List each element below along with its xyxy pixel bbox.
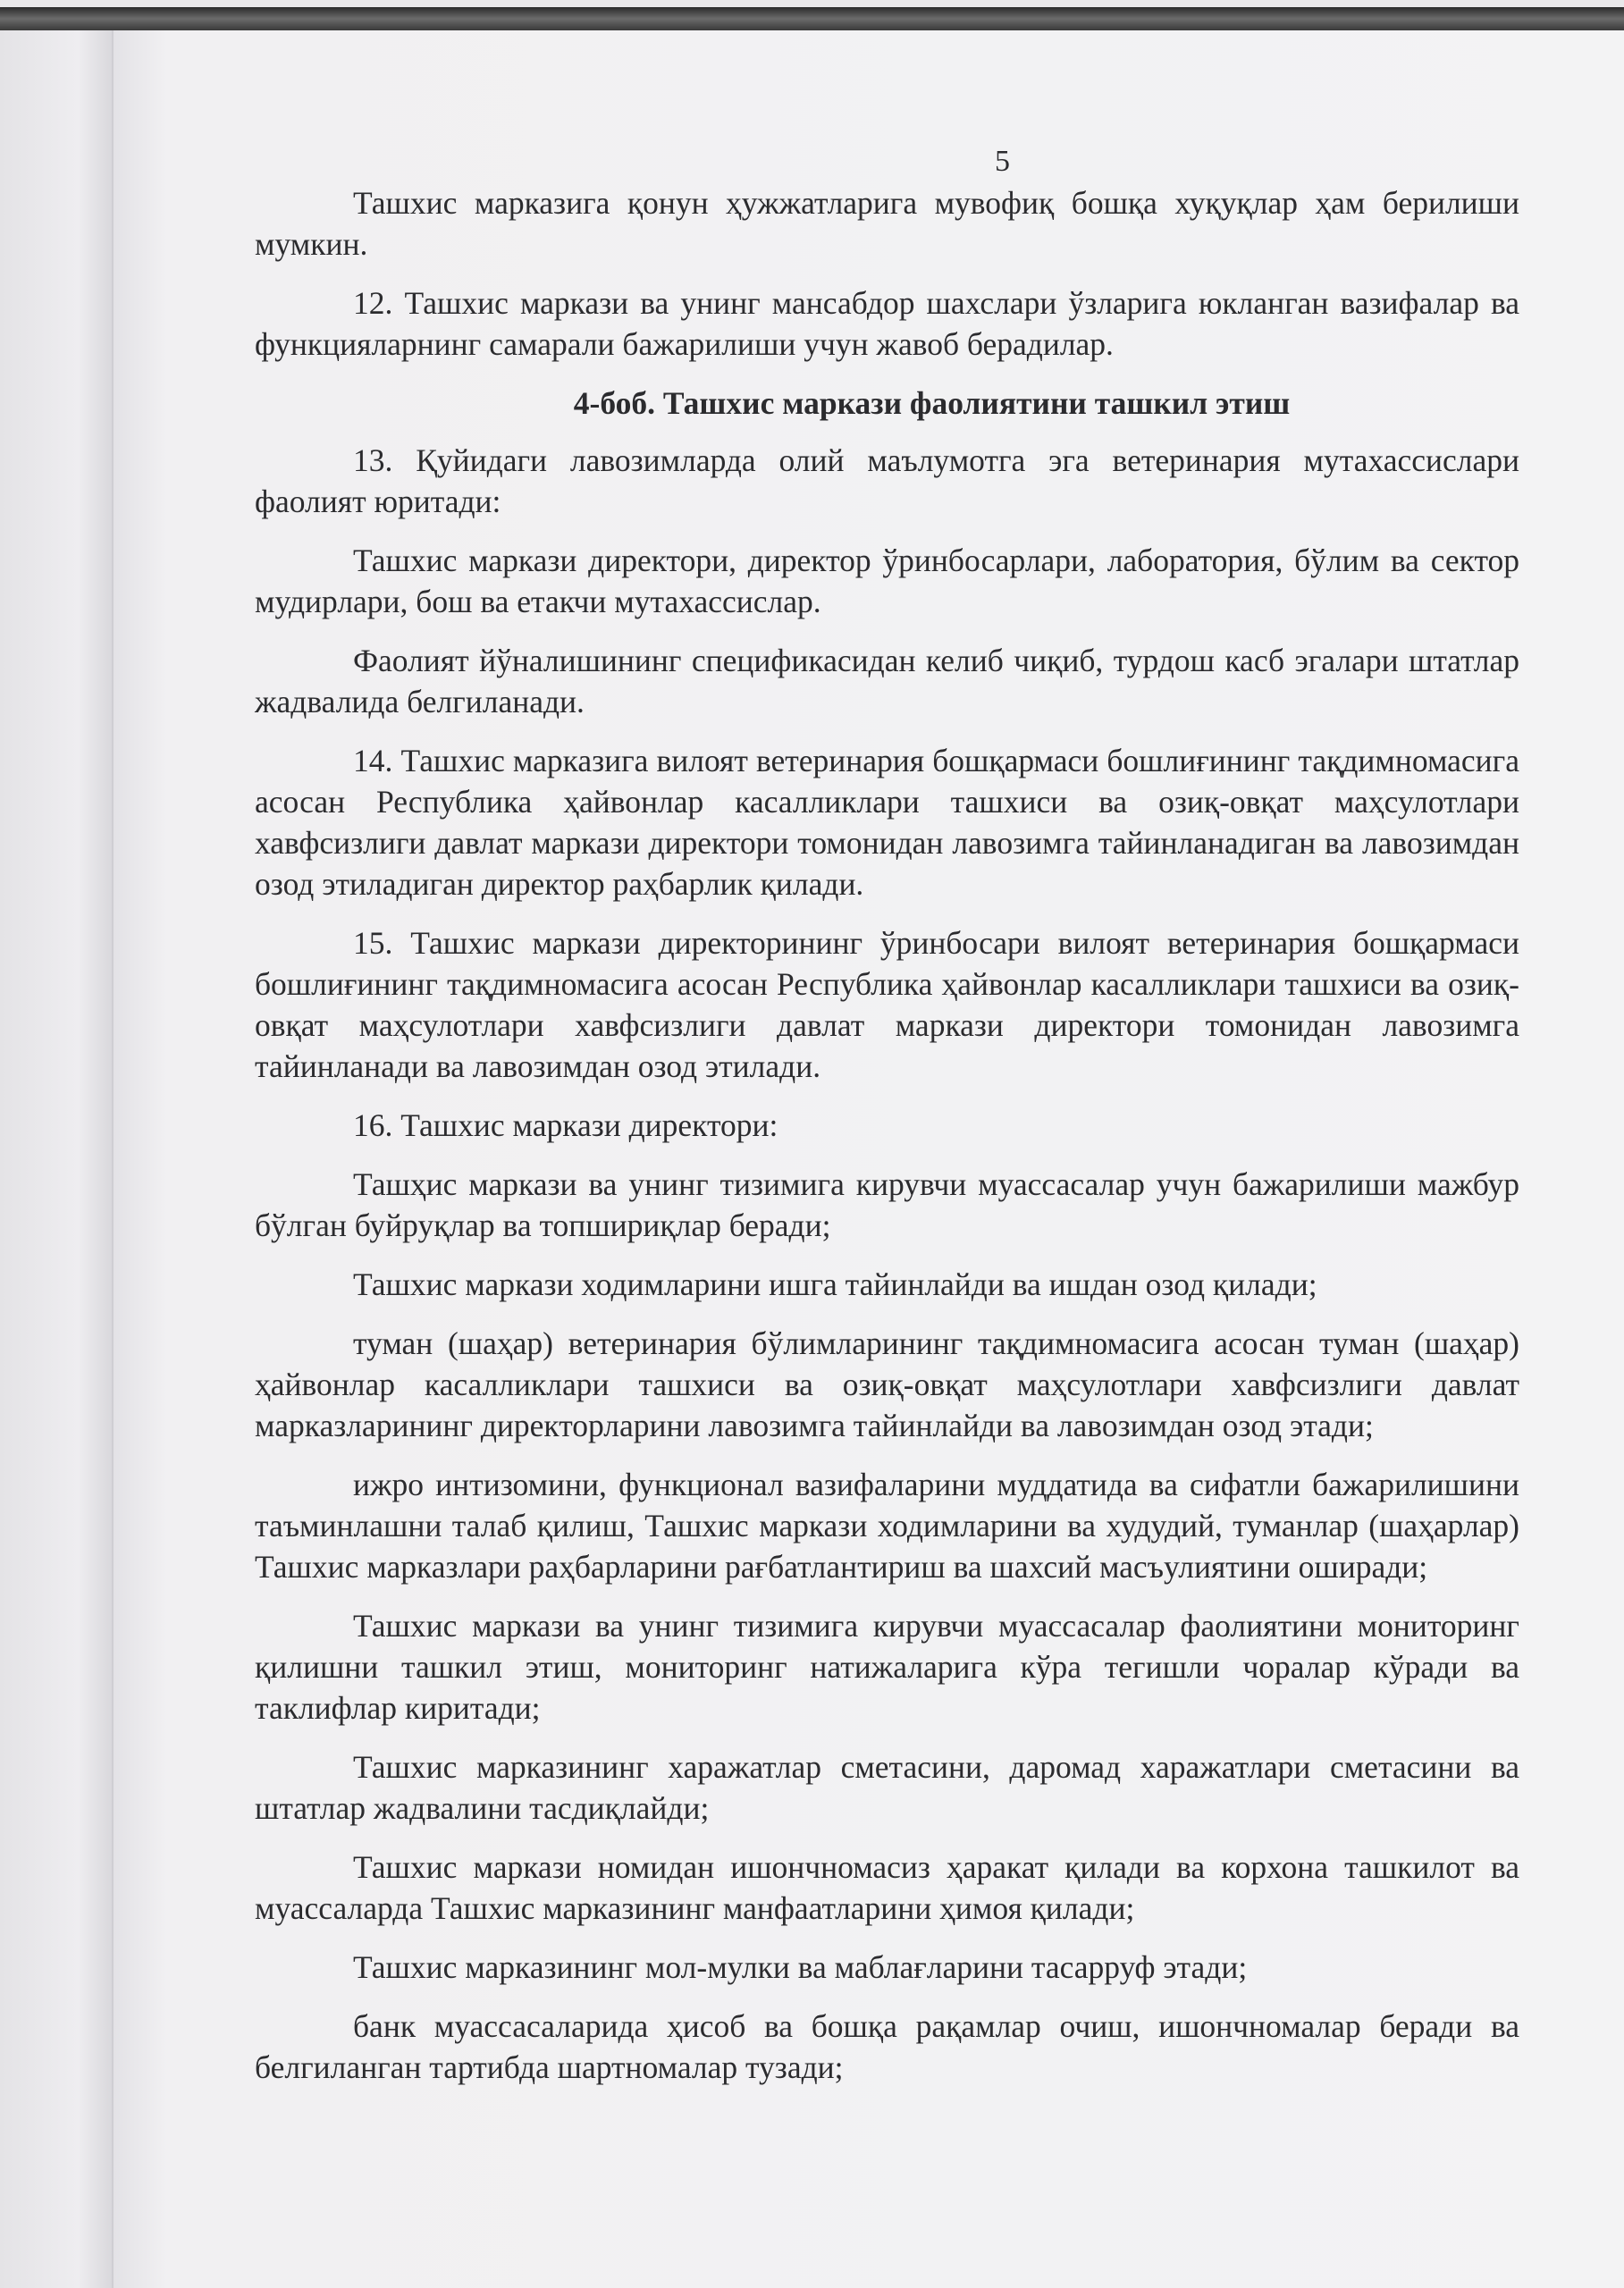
paragraph-16: 16. Ташхис маркази директори: [255, 1105, 1519, 1146]
duty-budget: Ташхис марказининг харажатлар сметасини,… [255, 1746, 1519, 1829]
paragraph-13: 13. Қуйидаги лавозимларда олий маълумотг… [255, 440, 1519, 522]
duty-hiring: Ташхис маркази ходимларини ишга тайинлай… [255, 1264, 1519, 1305]
duty-orders: Ташҳис маркази ва унинг тизимига кирувчи… [255, 1164, 1519, 1246]
duty-discipline: ижро интизомини, функционал вазифаларини… [255, 1464, 1519, 1587]
paragraph-12: 12. Ташхис маркази ва унинг мансабдор ша… [255, 282, 1519, 365]
paragraph-14: 14. Ташхис марказига вилоят ветеринария … [255, 740, 1519, 904]
paragraph-13-staff: Фаолият йўналишининг спецификасидан кели… [255, 640, 1519, 722]
document-body: Ташхис марказига қонун ҳужжатларига муво… [255, 182, 1519, 2106]
duty-representation: Ташхис маркази номидан ишончномасиз ҳара… [255, 1846, 1519, 1929]
scanner-edge-bar [0, 7, 1624, 30]
duty-property: Ташхис марказининг мол-мулки ва маблағла… [255, 1947, 1519, 1988]
paragraph-15: 15. Ташхис маркази директорининг ўринбос… [255, 922, 1519, 1087]
page-number: 5 [995, 145, 1010, 179]
paragraph-13-positions: Ташхис маркази директори, директор ўринб… [255, 540, 1519, 622]
paragraph-rights: Ташхис марказига қонун ҳужжатларига муво… [255, 182, 1519, 265]
chapter-heading: 4-боб. Ташхис маркази фаолиятини ташкил … [255, 383, 1519, 424]
duty-banking: банк муассасаларида ҳисоб ва бошқа рақам… [255, 2006, 1519, 2088]
previous-page-edge [0, 30, 114, 2288]
duty-district-directors: туман (шаҳар) ветеринария бўлимларининг … [255, 1323, 1519, 1446]
duty-monitoring: Ташхис маркази ва унинг тизимига кирувчи… [255, 1605, 1519, 1729]
